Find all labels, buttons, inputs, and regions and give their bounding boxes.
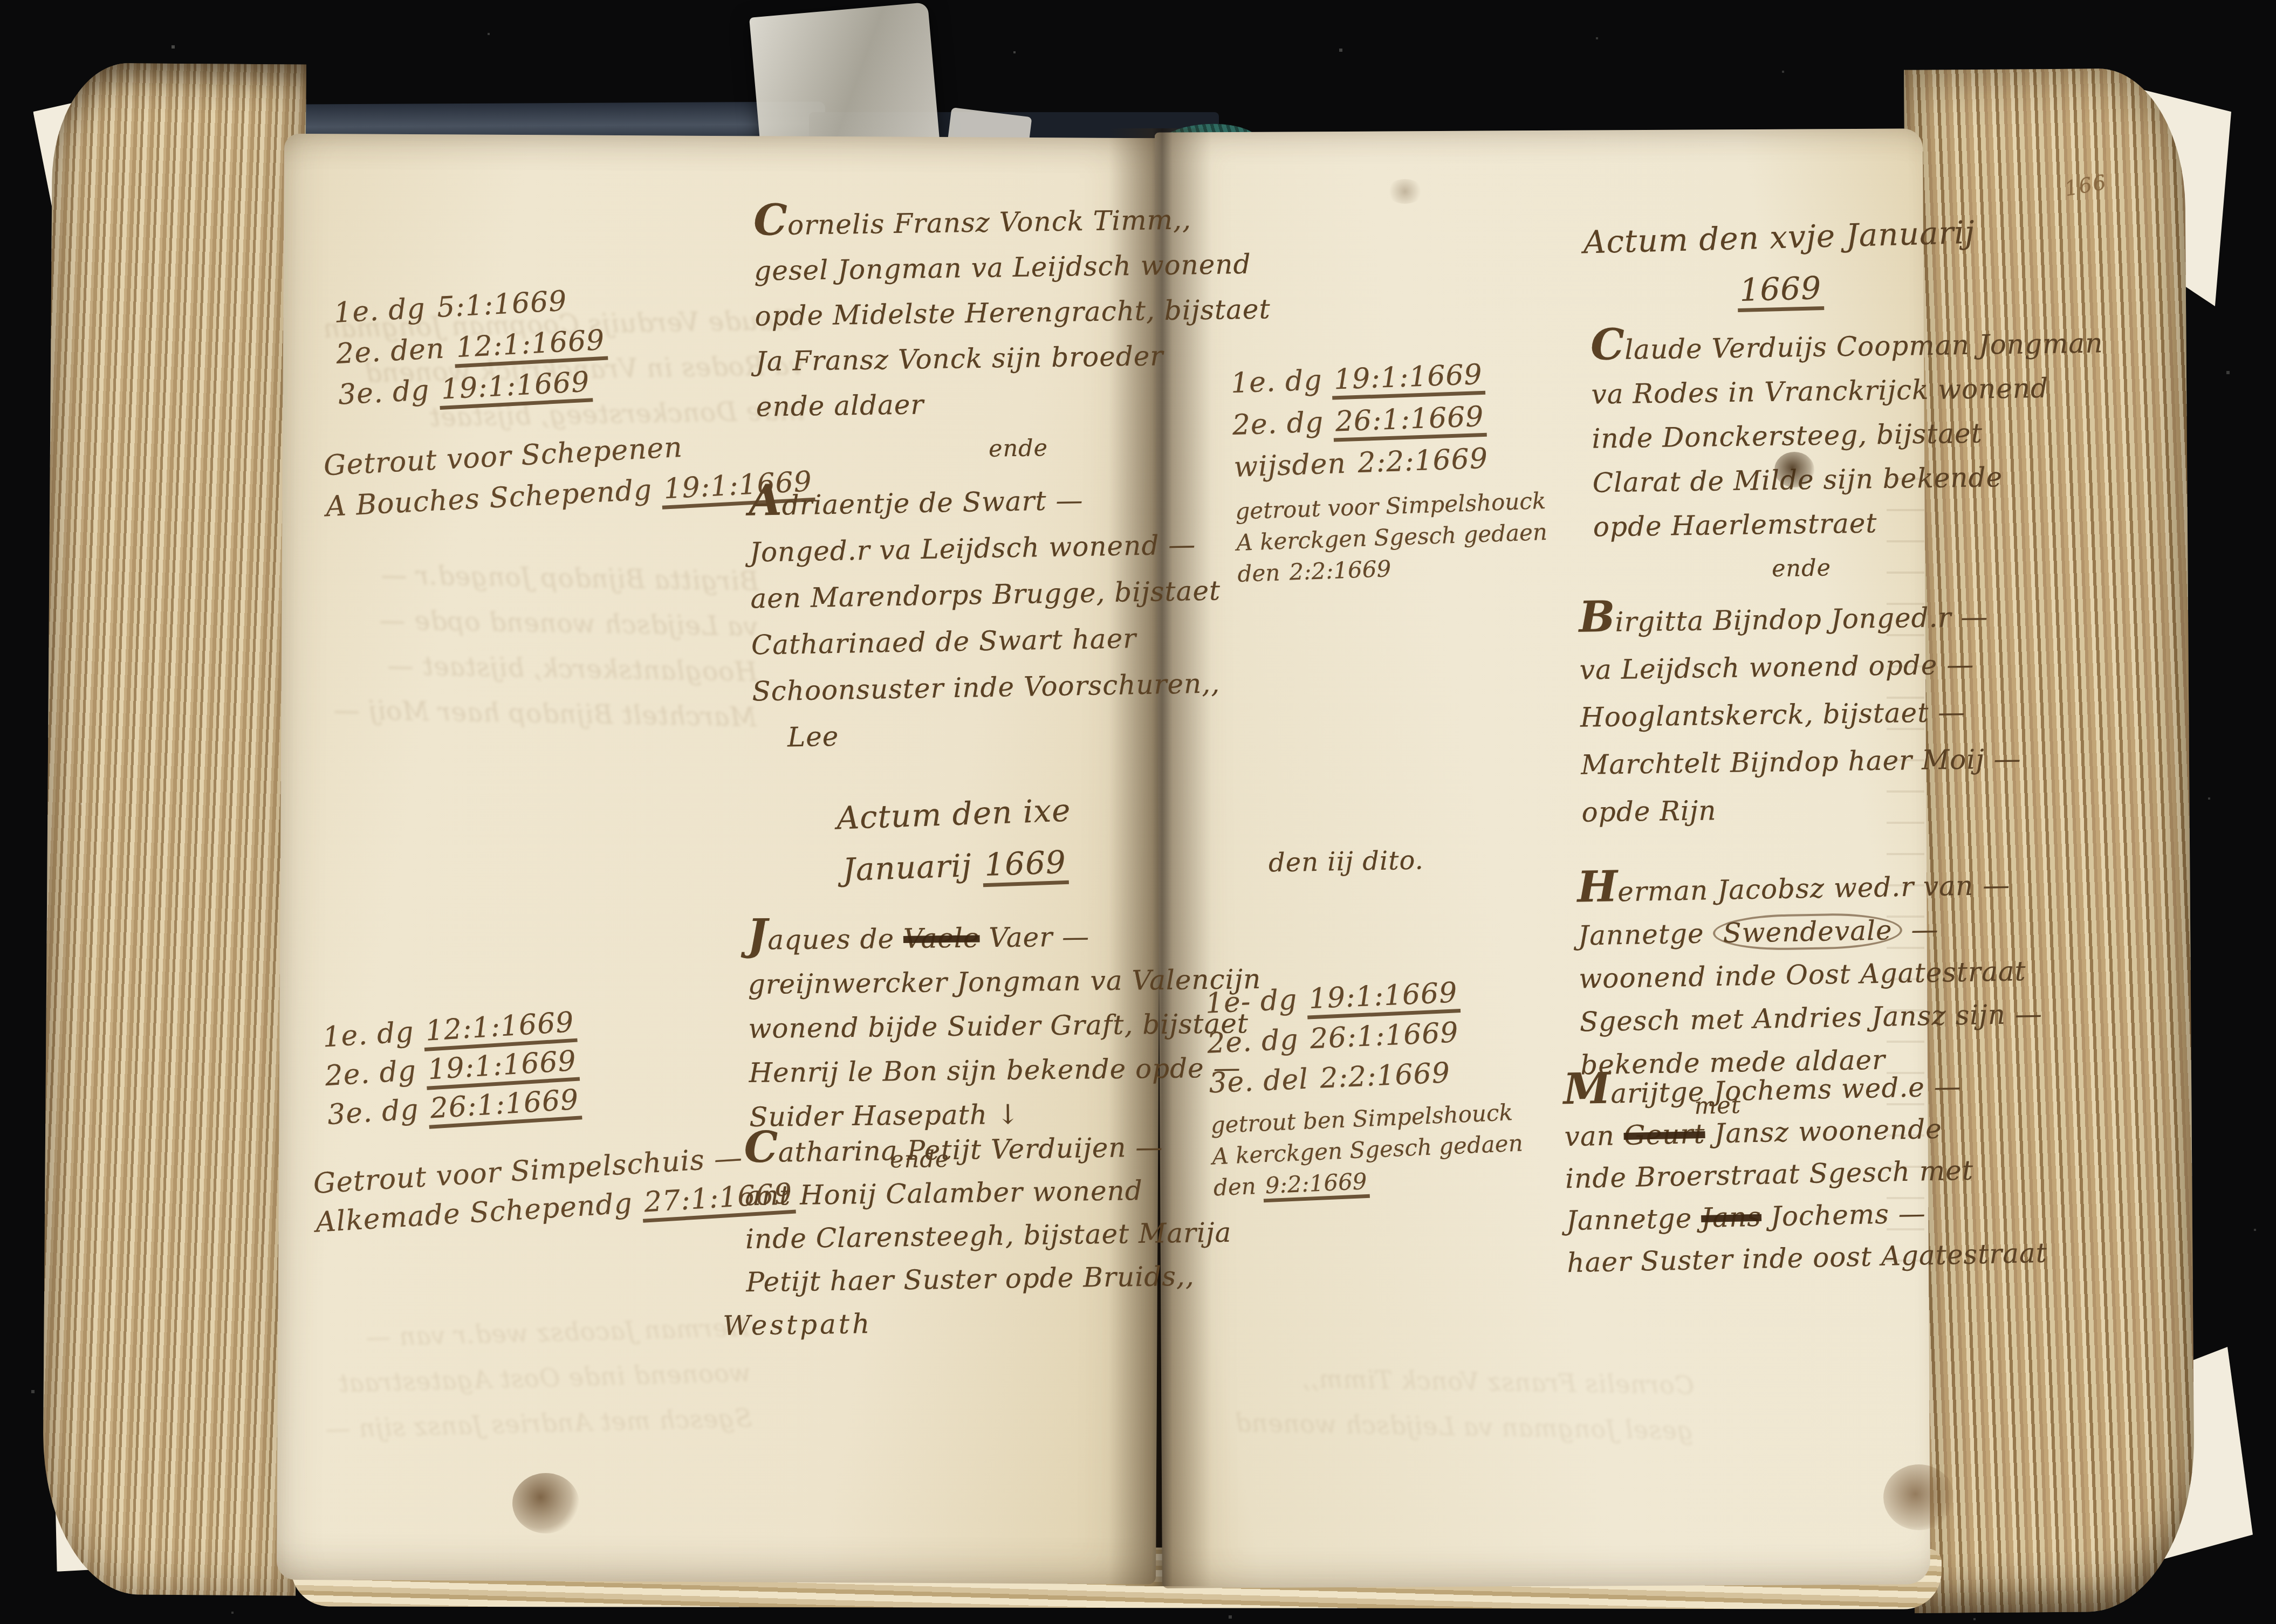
manuscript-line: ende bbox=[1771, 542, 2106, 591]
manuscript-line: ant Honij Calamber wonend bbox=[744, 1168, 1231, 1218]
margin-date-year: 26:1:1669 bbox=[427, 1083, 582, 1128]
margin-date-year: 19:1:1669 bbox=[1331, 359, 1485, 400]
manuscript-line: Ja Fransz Vonck sijn broeder bbox=[755, 332, 1271, 384]
manuscript-line: opde Rijn bbox=[1581, 782, 2022, 836]
dust-specks bbox=[0, 0, 1, 1]
margin-date-label: 1e. dg bbox=[322, 1015, 424, 1054]
manuscript-line: Herman Jacobsz wed.r van — bbox=[1577, 858, 2041, 914]
manuscript-line: Adriaentje de Swart — bbox=[748, 469, 1219, 529]
header-year: 1669 bbox=[982, 844, 1069, 887]
manuscript-line: Birgitta Bijndop Jonged.r — bbox=[1579, 587, 2020, 646]
date-header-right: Actum den xvje Januarij 1669 bbox=[1509, 204, 2051, 322]
bleed-line: Cornelis Fransz Vonck Timm,, bbox=[1235, 1355, 1695, 1408]
line-text: Vaer — bbox=[979, 921, 1089, 953]
manuscript-line: inde Clarensteegh, bijstaet Marija bbox=[745, 1211, 1232, 1261]
manuscript-line: ende aldaer bbox=[756, 377, 1272, 429]
crossed-out-word: Jans bbox=[1701, 1201, 1762, 1234]
manuscript-line: greijnwercker Jongman va Valencijn bbox=[748, 957, 1261, 1007]
date-header-left: Actum den ixe Januarij 1669 bbox=[764, 782, 1145, 898]
line-text: Jochems — bbox=[1761, 1198, 1926, 1232]
manuscript-line: inde Donckersteeg, bijstaet bbox=[1592, 409, 2104, 460]
bann-dates-left-1: 1e. dg 5:1:1669 2e. den 12:1:1669 3e. dg… bbox=[333, 268, 815, 526]
manuscript-line: Jannetge Swendevale — bbox=[1578, 906, 2041, 958]
dito-subheading: den iij dito. bbox=[1269, 845, 1424, 878]
manuscript-line: woonend inde Oost Agatestraat bbox=[1579, 949, 2042, 1001]
book-photo: Claude Verduijs Coopman Jongman va Rodes… bbox=[0, 0, 2276, 1624]
line-text: Jannetge bbox=[1578, 918, 1713, 951]
margin-date-label: 3e. dg bbox=[338, 374, 440, 411]
line-text: Jansz woonende bbox=[1705, 1113, 1943, 1150]
margin-date-label: 3e. dg bbox=[326, 1093, 429, 1131]
manuscript-line: Marchtelt Bijndop haer Moij — bbox=[1581, 735, 2021, 788]
crossed-out-word: Vaele bbox=[903, 922, 980, 954]
margin-date-label: wijsden bbox=[1233, 447, 1356, 484]
margin-date-label: 1e- dg bbox=[1205, 983, 1308, 1020]
margin-date-year: 2:2:1669 bbox=[1355, 442, 1490, 479]
manuscript-line: Henrij le Bon sijn bekende opde — bbox=[749, 1045, 1262, 1095]
bann-dates-right-1: 1e. dg 19:1:1669 2e. dg 26:1:1669 wijsde… bbox=[1230, 352, 1549, 590]
margin-date-year: 19:1:1669 bbox=[1306, 976, 1461, 1019]
manuscript-line: Cornelis Fransz Vonck Timm,, bbox=[753, 190, 1269, 248]
margin-date-year: 9:2:1669 bbox=[1263, 1168, 1370, 1203]
margin-date-label: 2e. dg bbox=[1206, 1023, 1308, 1060]
bleedthrough-text: Cornelis Fransz Vonck Timm,, gesel Jongm… bbox=[1235, 1355, 1695, 1454]
manuscript-line: va Rodes in Vranckrijck wonend bbox=[1591, 365, 2104, 416]
manuscript-line: Schoonsuster inde Voorschuren,, bbox=[752, 660, 1223, 714]
margin-date-year: 26:1:1669 bbox=[1333, 401, 1487, 442]
margin-note-text: den bbox=[1213, 1172, 1264, 1201]
margin-date-label: 2e. den bbox=[335, 332, 455, 370]
manuscript-line: aen Marendorps Brugge, bijstaet bbox=[750, 567, 1221, 622]
stain-spot bbox=[512, 1473, 579, 1533]
entry-birgitta: Birgitta Bijndop Jonged.r — va Leijdsch … bbox=[1579, 587, 2023, 836]
manuscript-line: Sgesch met Andries Jansz sijn — bbox=[1579, 993, 2042, 1044]
manuscript-line: gesel Jongman va Leijdsch wonend bbox=[754, 241, 1270, 293]
margin-date-label: 3e. del bbox=[1208, 1063, 1319, 1100]
line-text: Jaques de bbox=[748, 923, 904, 956]
bleedthrough-text: Birgitta Bijndop Jonged.r — va Leijdsch … bbox=[333, 552, 759, 740]
margin-date-label: 1e. dg bbox=[1230, 364, 1332, 400]
margin-date-year: 5:1:1669 bbox=[434, 285, 570, 324]
manuscript-line: Jonged.r va Leijdsch wonend — bbox=[749, 521, 1220, 575]
margin-date-label: 2e. dg bbox=[324, 1054, 427, 1092]
crossed-out-word: Geurt bbox=[1623, 1118, 1705, 1151]
header-text: Januarij bbox=[842, 847, 983, 888]
manuscript-line: opde Midelste Herengracht, bijstaet bbox=[755, 286, 1271, 339]
bann-dates-right-2: 1e- dg 19:1:1669 2e. dg 26:1:1669 3e. de… bbox=[1204, 971, 1525, 1204]
entry-marijtge: Marijtge Jochems wed.e — van Geurt Jansz… bbox=[1563, 1058, 2048, 1284]
manuscript-line: Clarat de Milde sijn bekende bbox=[1592, 453, 2105, 505]
manuscript-line: Jaques de Vaele Vaer — bbox=[747, 907, 1261, 962]
manuscript-line: wonend bijde Suider Graft, bijstaet bbox=[748, 1001, 1262, 1051]
margin-note-text: den bbox=[1237, 559, 1288, 587]
header-year: 1669 bbox=[1737, 270, 1825, 312]
manuscript-line: ende bbox=[988, 422, 1272, 471]
bleed-line: Birgitta Bijndop Jonged.r — bbox=[335, 552, 759, 604]
margin-date-year: 19:1:1669 bbox=[438, 366, 593, 410]
manuscript-line: Petijt haer Suster opde Bruids,, bbox=[746, 1254, 1232, 1304]
bleed-line: va Leijdsch wonend opde — bbox=[334, 597, 758, 650]
bleed-line: gesel Jongman va Leijdsch wonend bbox=[1235, 1400, 1694, 1454]
manuscript-line: Claude Verduijs Coopman Jongman bbox=[1591, 315, 2103, 372]
entry-catharina: Catharina Petijt Verduijen — ant Honij C… bbox=[744, 1119, 1233, 1347]
entry-cornelis: Cornelis Fransz Vonck Timm,, gesel Jongm… bbox=[753, 190, 1272, 474]
manuscript-line: Hooglantskerck, bijstaet — bbox=[1580, 687, 2020, 741]
margin-date-label: 1e. dg bbox=[333, 292, 436, 329]
ink-blot bbox=[1774, 452, 1814, 487]
margin-date-label: 2e. dg bbox=[1232, 406, 1334, 442]
margin-date-year: 26:1:1669 bbox=[1307, 1016, 1462, 1055]
entry-claude: Claude Verduijs Coopman Jongman va Rodes… bbox=[1591, 315, 2107, 593]
stain-spot bbox=[1386, 179, 1424, 204]
bann-dates-left-2: 1e. dg 12:1:1669 2e. dg 19:1:1669 3e. dg… bbox=[321, 990, 796, 1241]
line-text: Jannetge bbox=[1566, 1202, 1702, 1236]
line-text: — bbox=[1902, 914, 1939, 946]
margin-date-year: 2:2:1669 bbox=[1317, 1057, 1453, 1095]
manuscript-line: Lee bbox=[787, 706, 1223, 760]
bleedthrough-text: Herman Jacobsz wed.r van — woonend inde … bbox=[322, 1305, 752, 1452]
bleed-line: Hooglantskerck, bijstaet — bbox=[334, 642, 758, 695]
manuscript-line: Catharinaed de Swart haer bbox=[751, 614, 1222, 668]
line-text: van bbox=[1564, 1120, 1624, 1152]
entry-adriaentje: Adriaentje de Swart — Jonged.r va Leijds… bbox=[748, 469, 1223, 761]
bleed-line: Marchtelt Bijndop haer Moij — bbox=[333, 687, 757, 740]
manuscript-line: Westpath bbox=[723, 1297, 1233, 1347]
manuscript-line: Catharina Petijt Verduijen — bbox=[744, 1119, 1230, 1175]
stain-spot bbox=[1883, 1464, 1955, 1530]
circled-word: Swendevale bbox=[1713, 912, 1902, 951]
manuscript-line: va Leijdsch wonend opde — bbox=[1579, 640, 2020, 693]
manuscript-line: opde Haerlemstraet bbox=[1593, 498, 2106, 549]
page-edges-stack-left bbox=[42, 63, 306, 1595]
margin-date-year: 2:2:1669 bbox=[1287, 555, 1394, 586]
